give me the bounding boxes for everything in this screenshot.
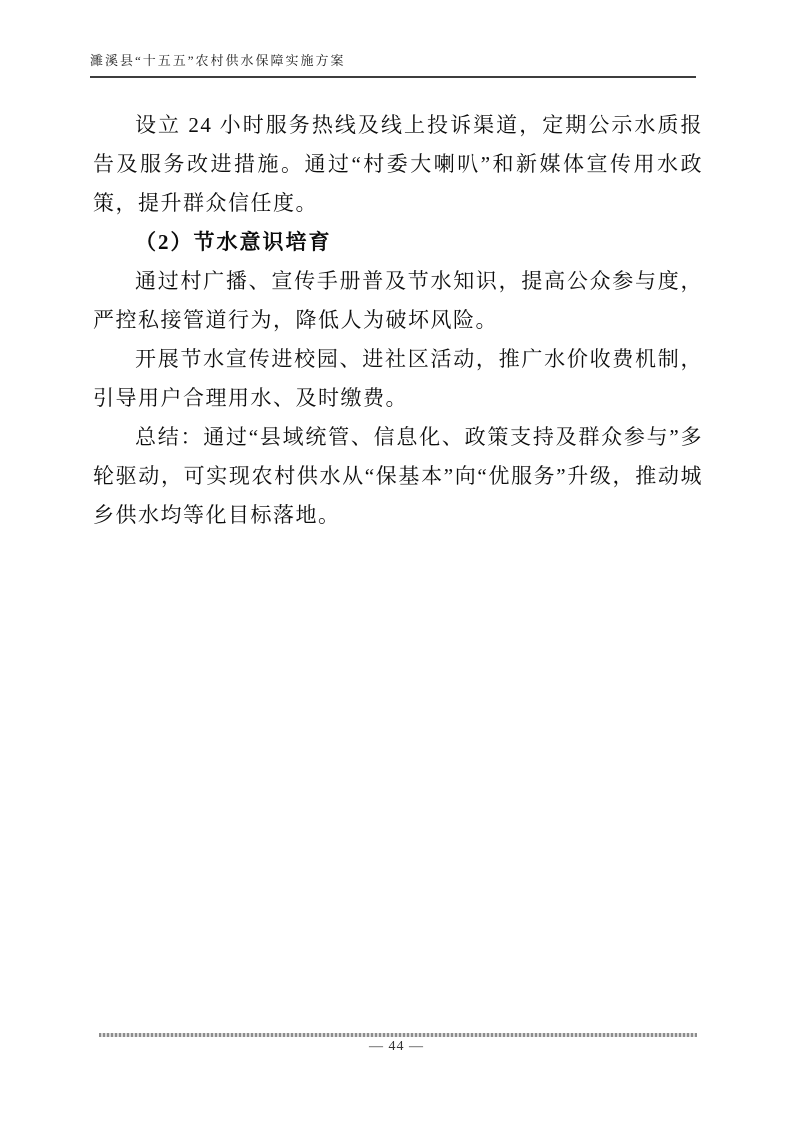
body-paragraph: 开展节水宣传进校园、进社区活动，推广水价收费机制，引导用户合理用水、及时缴费。 <box>93 340 703 418</box>
document-body: 设立 24 小时服务热线及线上投诉渠道，定期公示水质报告及服务改进措施。通过“村… <box>93 106 703 535</box>
header-title: 濉溪县“十五五”农村供水保障实施方案 <box>90 53 346 68</box>
body-paragraph: 设立 24 小时服务热线及线上投诉渠道，定期公示水质报告及服务改进措施。通过“村… <box>93 106 703 223</box>
page-number: — 44 — <box>0 1039 793 1055</box>
body-paragraph: 总结：通过“县域统管、信息化、政策支持及群众参与”多轮驱动，可实现农村供水从“保… <box>93 418 703 535</box>
section-heading: （2）节水意识培育 <box>93 223 703 262</box>
body-paragraph: 通过村广播、宣传手册普及节水知识，提高公众参与度，严控私接管道行为，降低人为破坏… <box>93 262 703 340</box>
page-header: 濉溪县“十五五”农村供水保障实施方案 <box>90 50 696 78</box>
footer-rule <box>99 1033 697 1037</box>
document-page: 濉溪县“十五五”农村供水保障实施方案 设立 24 小时服务热线及线上投诉渠道，定… <box>0 0 793 1122</box>
